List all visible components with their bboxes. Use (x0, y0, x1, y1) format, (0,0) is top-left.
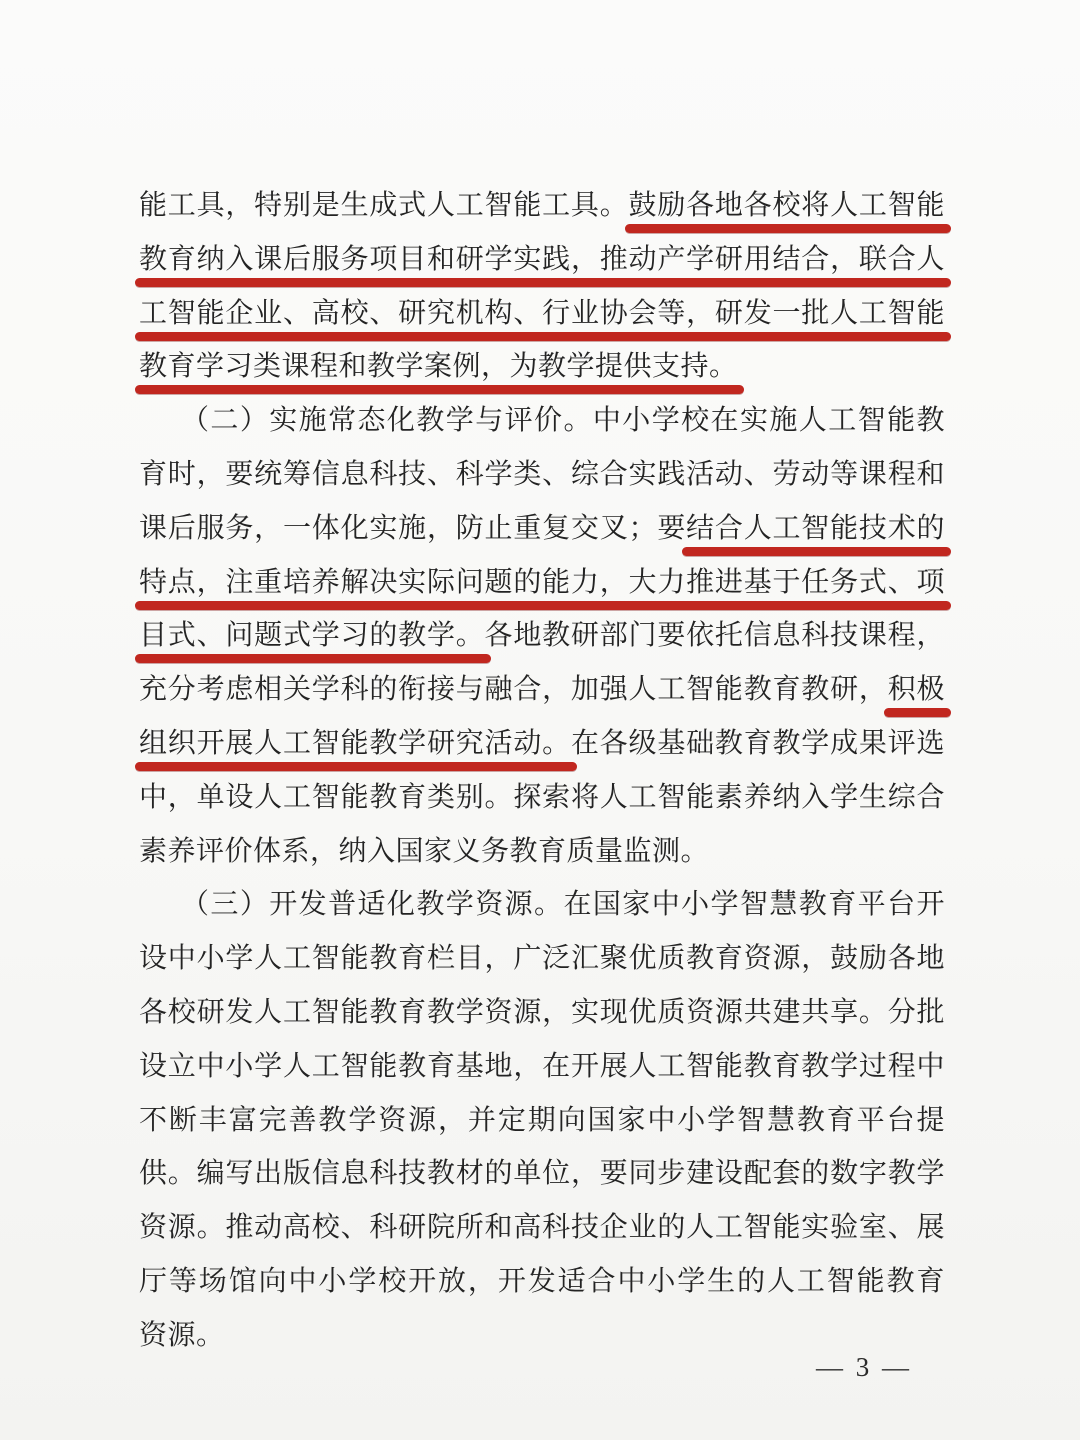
text-run: 不断丰富完善教学资源，并定期向国家中小学智慧教育平台提 (139, 1105, 945, 1136)
text-run: 课后服务，一体化实施，防止重复交叉；要 (139, 513, 686, 544)
text-line: 充分考虑相关学科的衔接与融合，加强人工智能教育教研，积极 (139, 663, 945, 717)
underlined-text: 教育学习类课程和教学案例，为教学提供支持。 (139, 351, 738, 382)
text-run: 厅等场馆向中小学校开放，开发适合中小学生的人工智能教育 (139, 1266, 945, 1297)
underlined-text: 积极 (888, 674, 945, 705)
text-line: 工智能企业、高校、研究机构、行业协会等，研发一批人工智能 (139, 287, 945, 341)
underlined-text: 目式、问题式学习的教学。 (139, 620, 485, 651)
text-run: 各地教研部门要依托信息科技课程， (485, 620, 945, 651)
text-line: 各校研发人工智能教育教学资源，实现优质资源共建共享。分批 (139, 986, 945, 1040)
text-run: （三）开发普适化教学资源。在国家中小学智慧教育平台开 (181, 889, 945, 920)
underlined-text: 特点，注重培养解决实际问题的能力，大力推进基于任务式、项 (139, 567, 945, 598)
text-line: 特点，注重培养解决实际问题的能力，大力推进基于任务式、项 (139, 556, 945, 610)
text-run: 在各级基础教育教学成果评选 (571, 728, 945, 759)
text-line: 素养评价体系，纳入国家义务教育质量监测。 (139, 825, 945, 879)
text-line: 课后服务，一体化实施，防止重复交叉；要结合人工智能技术的 (139, 502, 945, 556)
text-run: （二）实施常态化教学与评价。中小学校在实施人工智能教 (181, 405, 945, 436)
text-line: 教育学习类课程和教学案例，为教学提供支持。 (139, 340, 945, 394)
underlined-text: 结合人工智能技术的 (686, 513, 945, 544)
underlined-text: 工智能企业、高校、研究机构、行业协会等，研发一批人工智能 (139, 298, 945, 329)
document-page: 能工具，特别是生成式人工智能工具。鼓励各地各校将人工智能教育纳入课后服务项目和研… (0, 0, 1080, 1440)
text-run: 设立中小学人工智能教育基地，在开展人工智能教育教学过程中 (139, 1051, 945, 1082)
text-line: （三）开发普适化教学资源。在国家中小学智慧教育平台开 (139, 878, 945, 932)
text-run: 供。编写出版信息科技教材的单位，要同步建设配套的数字教学 (139, 1158, 945, 1189)
underlined-text: 鼓励各地各校将人工智能 (629, 190, 945, 221)
text-line: 组织开展人工智能教学研究活动。在各级基础教育教学成果评选 (139, 717, 945, 771)
text-line: 育时，要统筹信息科技、科学类、综合实践活动、劳动等课程和 (139, 448, 945, 502)
text-run: 育时，要统筹信息科技、科学类、综合实践活动、劳动等课程和 (139, 459, 945, 490)
text-line: 资源。推动高校、科研院所和高科技企业的人工智能实验室、展 (139, 1201, 945, 1255)
document-body: 能工具，特别是生成式人工智能工具。鼓励各地各校将人工智能教育纳入课后服务项目和研… (139, 179, 945, 1363)
text-line: 供。编写出版信息科技教材的单位，要同步建设配套的数字教学 (139, 1147, 945, 1201)
text-run: 资源。 (139, 1320, 225, 1351)
text-run: 资源。推动高校、科研院所和高科技企业的人工智能实验室、展 (139, 1212, 945, 1243)
text-run: 充分考虑相关学科的衔接与融合，加强人工智能教育教研， (139, 674, 888, 705)
underlined-text: 教育纳入课后服务项目和研学实践，推动产学研用结合，联合人 (139, 244, 945, 275)
text-run: 设中小学人工智能教育栏目，广泛汇聚优质教育资源，鼓励各地 (139, 943, 945, 974)
text-run: 能工具，特别是生成式人工智能工具。 (139, 190, 629, 221)
underlined-text: 组织开展人工智能教学研究活动。 (139, 728, 571, 759)
text-line: 厅等场馆向中小学校开放，开发适合中小学生的人工智能教育 (139, 1255, 945, 1309)
page-number: — 3 — (816, 1352, 912, 1383)
text-run: 素养评价体系，纳入国家义务教育质量监测。 (139, 836, 709, 867)
text-line: 中，单设人工智能教育类别。探索将人工智能素养纳入学生综合 (139, 771, 945, 825)
text-line: 不断丰富完善教学资源，并定期向国家中小学智慧教育平台提 (139, 1094, 945, 1148)
text-line: 教育纳入课后服务项目和研学实践，推动产学研用结合，联合人 (139, 233, 945, 287)
text-run: 中，单设人工智能教育类别。探索将人工智能素养纳入学生综合 (139, 782, 945, 813)
text-line: 设立中小学人工智能教育基地，在开展人工智能教育教学过程中 (139, 1040, 945, 1094)
text-line: 能工具，特别是生成式人工智能工具。鼓励各地各校将人工智能 (139, 179, 945, 233)
text-run: 各校研发人工智能教育教学资源，实现优质资源共建共享。分批 (139, 997, 945, 1028)
text-line: 目式、问题式学习的教学。各地教研部门要依托信息科技课程， (139, 609, 945, 663)
text-line: 设中小学人工智能教育栏目，广泛汇聚优质教育资源，鼓励各地 (139, 932, 945, 986)
text-line: （二）实施常态化教学与评价。中小学校在实施人工智能教 (139, 394, 945, 448)
